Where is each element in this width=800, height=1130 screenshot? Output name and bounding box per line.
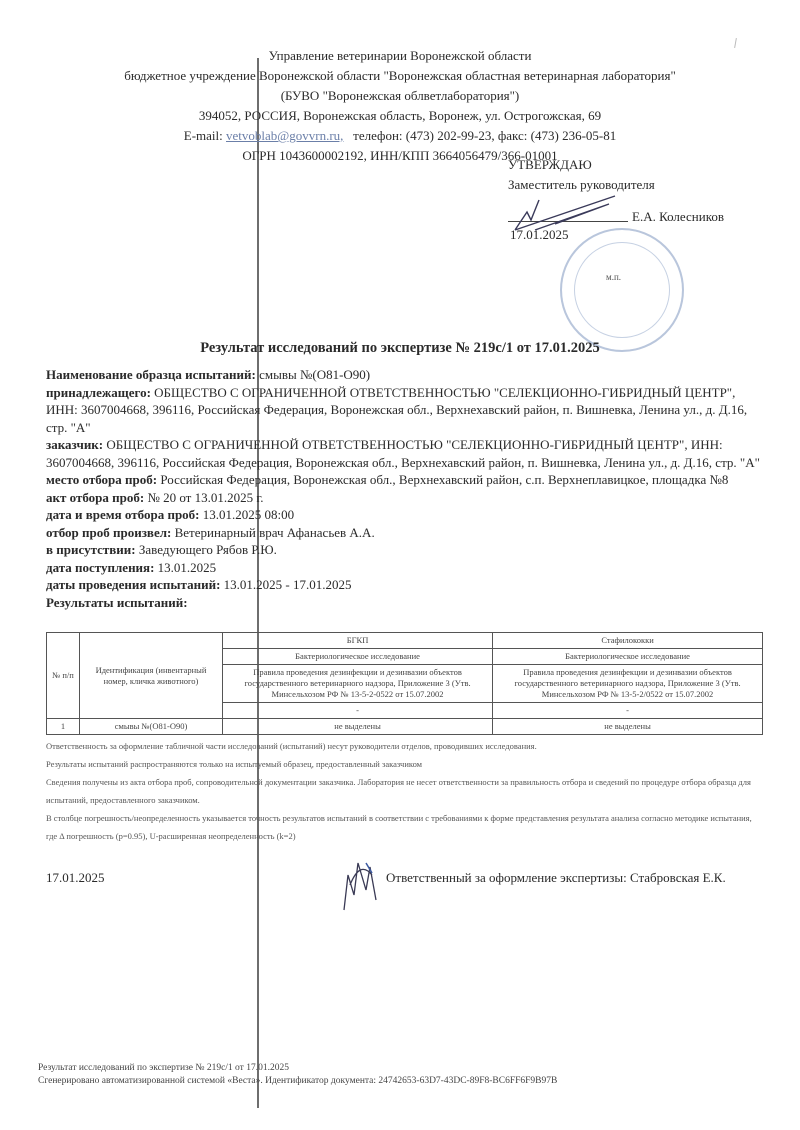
table-header-row: № п/п Идентификация (инвентарный номер, … <box>47 633 763 649</box>
footer-reference: Результат исследований по экспертизе № 2… <box>38 1062 557 1075</box>
field-sampled-by: отбор проб произвел: Ветеринарный врач А… <box>46 524 761 542</box>
official-stamp-icon: м.п. <box>560 228 684 352</box>
test-unit-2: - <box>493 703 763 719</box>
field-sampling-place: место отбора проб: Российская Федерация,… <box>46 471 761 489</box>
field-receipt-date: дата поступления: 13.01.2025 <box>46 559 761 577</box>
email-label: E-mail: <box>184 128 223 143</box>
approval-block: УТВЕРЖДАЮ Заместитель руководителя Е.А. … <box>508 155 655 195</box>
test-name-2: Стафилококки <box>493 633 763 649</box>
responsible-person: Ответственный за оформление экспертизы: … <box>386 870 726 886</box>
footer-document-id: Сгенерировано автоматизированной системо… <box>38 1075 557 1088</box>
page-footer: Результат исследований по экспертизе № 2… <box>38 1062 557 1088</box>
row-identification: смывы №(О81-О90) <box>80 719 223 735</box>
col-header-identification: Идентификация (инвентарный номер, кличка… <box>80 633 223 719</box>
test-unit-1: - <box>223 703 493 719</box>
approve-label: УТВЕРЖДАЮ <box>508 155 655 175</box>
note-responsibility: Ответственность за оформление табличной … <box>46 737 764 755</box>
stamp-label: м.п. <box>606 272 621 282</box>
phones: телефон: (473) 202-99-23, факс: (473) 23… <box>353 128 616 143</box>
field-results-heading: Результаты испытаний: <box>46 594 761 612</box>
notes: Ответственность за оформление табличной … <box>46 737 764 845</box>
field-sample-name: Наименование образца испытаний: смывы №(… <box>46 366 761 384</box>
col-header-number: № п/п <box>47 633 80 719</box>
row-result-2: не выделены <box>493 719 763 735</box>
test-norm-doc-1: Правила проведения дезинфекции и дезинва… <box>223 665 493 703</box>
header-short-name: (БУВО "Воронежская облветлаборатория") <box>0 86 800 106</box>
test-norm-doc-2: Правила проведения дезинфекции и дезинва… <box>493 665 763 703</box>
table-row: 1 смывы №(О81-О90) не выделены не выделе… <box>47 719 763 735</box>
field-owner: принадлежащего: ОБЩЕСТВО С ОГРАНИЧЕННОЙ … <box>46 384 761 437</box>
header-registration: ОГРН 1043600002192, ИНН/КПП 3664056479/3… <box>0 146 800 166</box>
header-institution: бюджетное учреждение Воронежской области… <box>0 66 800 86</box>
note-scope: Результаты испытаний распространяются то… <box>46 755 764 773</box>
responsible-signature-icon <box>336 855 384 915</box>
test-method-2: Бактериологическое исследование <box>493 649 763 665</box>
row-result-1: не выделены <box>223 719 493 735</box>
approver-name: Е.А. Колесников <box>632 207 724 227</box>
sample-details: Наименование образца испытаний: смывы №(… <box>46 366 761 611</box>
email-link[interactable]: vetvoblab@govvrn.ru, <box>226 128 343 143</box>
field-customer: заказчик: ОБЩЕСТВО С ОГРАНИЧЕННОЙ ОТВЕТС… <box>46 436 761 471</box>
document-title: Результат исследований по экспертизе № 2… <box>0 340 800 357</box>
note-sources: Сведения получены из акта отбора проб, с… <box>46 773 764 809</box>
note-uncertainty: В столбце погрешность/неопределенность у… <box>46 809 764 845</box>
results-table: № п/п Идентификация (инвентарный номер, … <box>46 632 763 735</box>
test-method-1: Бактериологическое исследование <box>223 649 493 665</box>
test-name-1: БГКП <box>223 633 493 649</box>
field-sampling-act: акт отбора проб: № 20 от 13.01.2025 г. <box>46 489 761 507</box>
header-contacts: E-mail: vetvoblab@govvrn.ru, телефон: (4… <box>0 126 800 146</box>
signoff-date: 17.01.2025 <box>46 870 105 886</box>
field-test-dates: даты проведения испытаний: 13.01.2025 - … <box>46 576 761 594</box>
header-address: 394052, РОССИЯ, Воронежская область, Вор… <box>0 106 800 126</box>
header-authority: Управление ветеринарии Воронежской облас… <box>0 46 800 66</box>
row-number: 1 <box>47 719 80 735</box>
field-witness: в присутствии: Заведующего Рябов Р.Ю. <box>46 541 761 559</box>
approver-signature-icon <box>505 190 625 235</box>
field-sampling-datetime: дата и время отбора проб: 13.01.2025 08:… <box>46 506 761 524</box>
